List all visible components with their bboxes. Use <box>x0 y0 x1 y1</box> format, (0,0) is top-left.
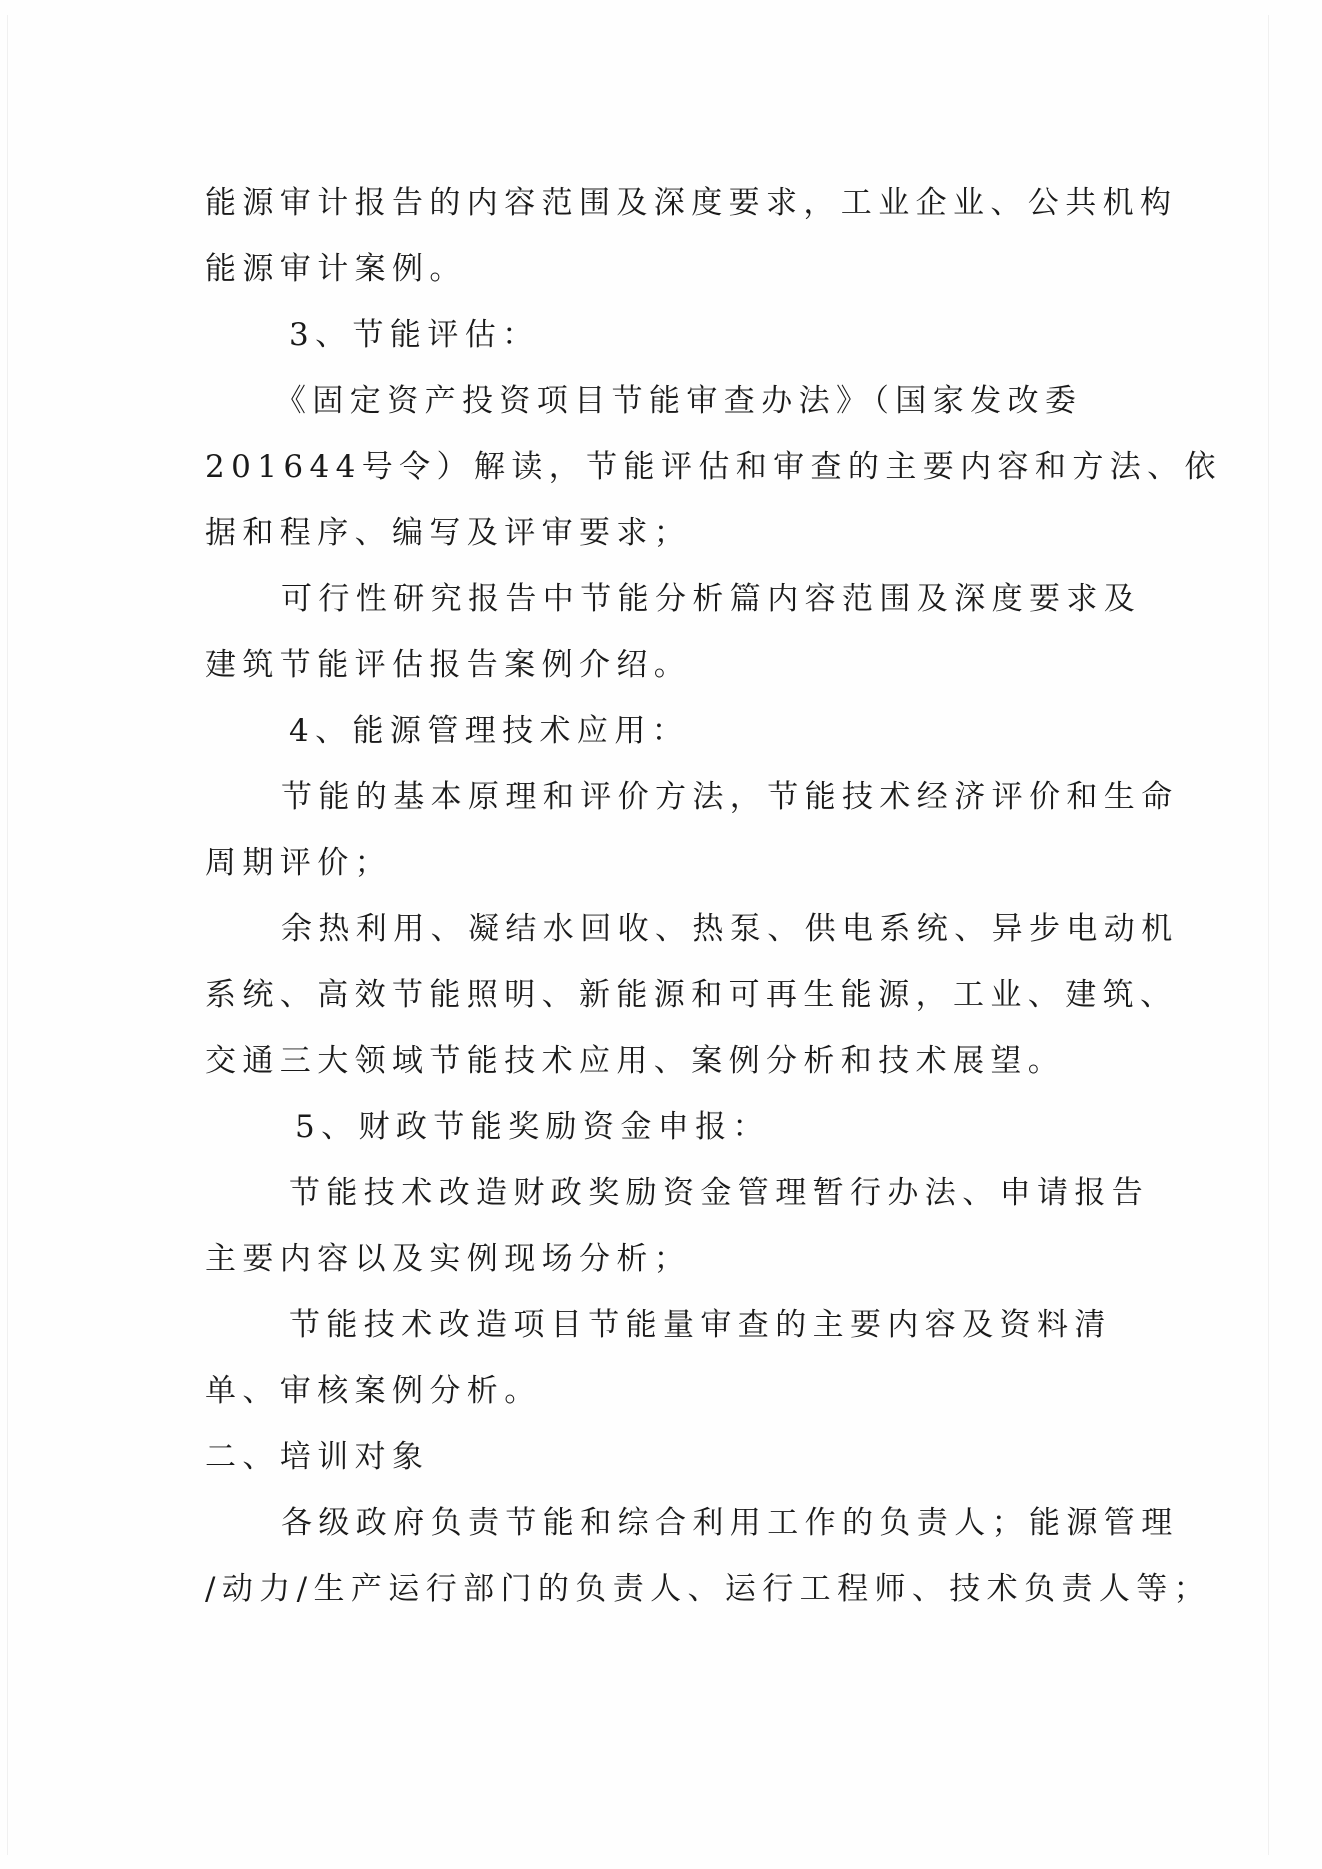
paragraph-line: 能源审计案例。 <box>205 236 1145 302</box>
section-heading-4: 4、能源管理技术应用： <box>205 698 1145 764</box>
document-body: 能源审计报告的内容范围及深度要求，工业企业、公共机构 能源审计案例。 3、节能评… <box>205 170 1145 1622</box>
paragraph-line: 节能技术改造项目节能量审查的主要内容及资料清 <box>205 1292 1145 1358</box>
paragraph-line: 周期评价； <box>205 830 1145 896</box>
section-heading-5: 5、财政节能奖励资金申报： <box>205 1094 1145 1160</box>
document-page: 能源审计报告的内容范围及深度要求，工业企业、公共机构 能源审计案例。 3、节能评… <box>0 0 1322 1869</box>
paragraph-line: /动力/生产运行部门的负责人、运行工程师、技术负责人等； <box>205 1556 1145 1622</box>
section-heading-3: 3、节能评估： <box>205 302 1145 368</box>
scan-edge-left <box>7 15 8 1855</box>
paragraph-line: 可行性研究报告中节能分析篇内容范围及深度要求及 <box>205 566 1145 632</box>
paragraph-line: 201644号令）解读，节能评估和审查的主要内容和方法、依 <box>205 434 1145 500</box>
paragraph-line: 能源审计报告的内容范围及深度要求，工业企业、公共机构 <box>205 170 1145 236</box>
paragraph-line: 节能技术改造财政奖励资金管理暂行办法、申请报告 <box>205 1160 1145 1226</box>
paragraph-line: 《固定资产投资项目节能审查办法》（国家发改委 <box>205 368 1145 434</box>
paragraph-line: 节能的基本原理和评价方法，节能技术经济评价和生命 <box>205 764 1145 830</box>
paragraph-line: 系统、高效节能照明、新能源和可再生能源，工业、建筑、 <box>205 962 1145 1028</box>
paragraph-line: 各级政府负责节能和综合利用工作的负责人；能源管理 <box>205 1490 1145 1556</box>
paragraph-line: 主要内容以及实例现场分析； <box>205 1226 1145 1292</box>
paragraph-line: 余热利用、凝结水回收、热泵、供电系统、异步电动机 <box>205 896 1145 962</box>
paragraph-line: 单、审核案例分析。 <box>205 1358 1145 1424</box>
paragraph-line: 据和程序、编写及评审要求； <box>205 500 1145 566</box>
section-heading-training-target: 二、培训对象 <box>205 1424 1145 1490</box>
paragraph-line: 建筑节能评估报告案例介绍。 <box>205 632 1145 698</box>
paragraph-line: 交通三大领域节能技术应用、案例分析和技术展望。 <box>205 1028 1145 1094</box>
scan-edge-right <box>1268 15 1269 1855</box>
